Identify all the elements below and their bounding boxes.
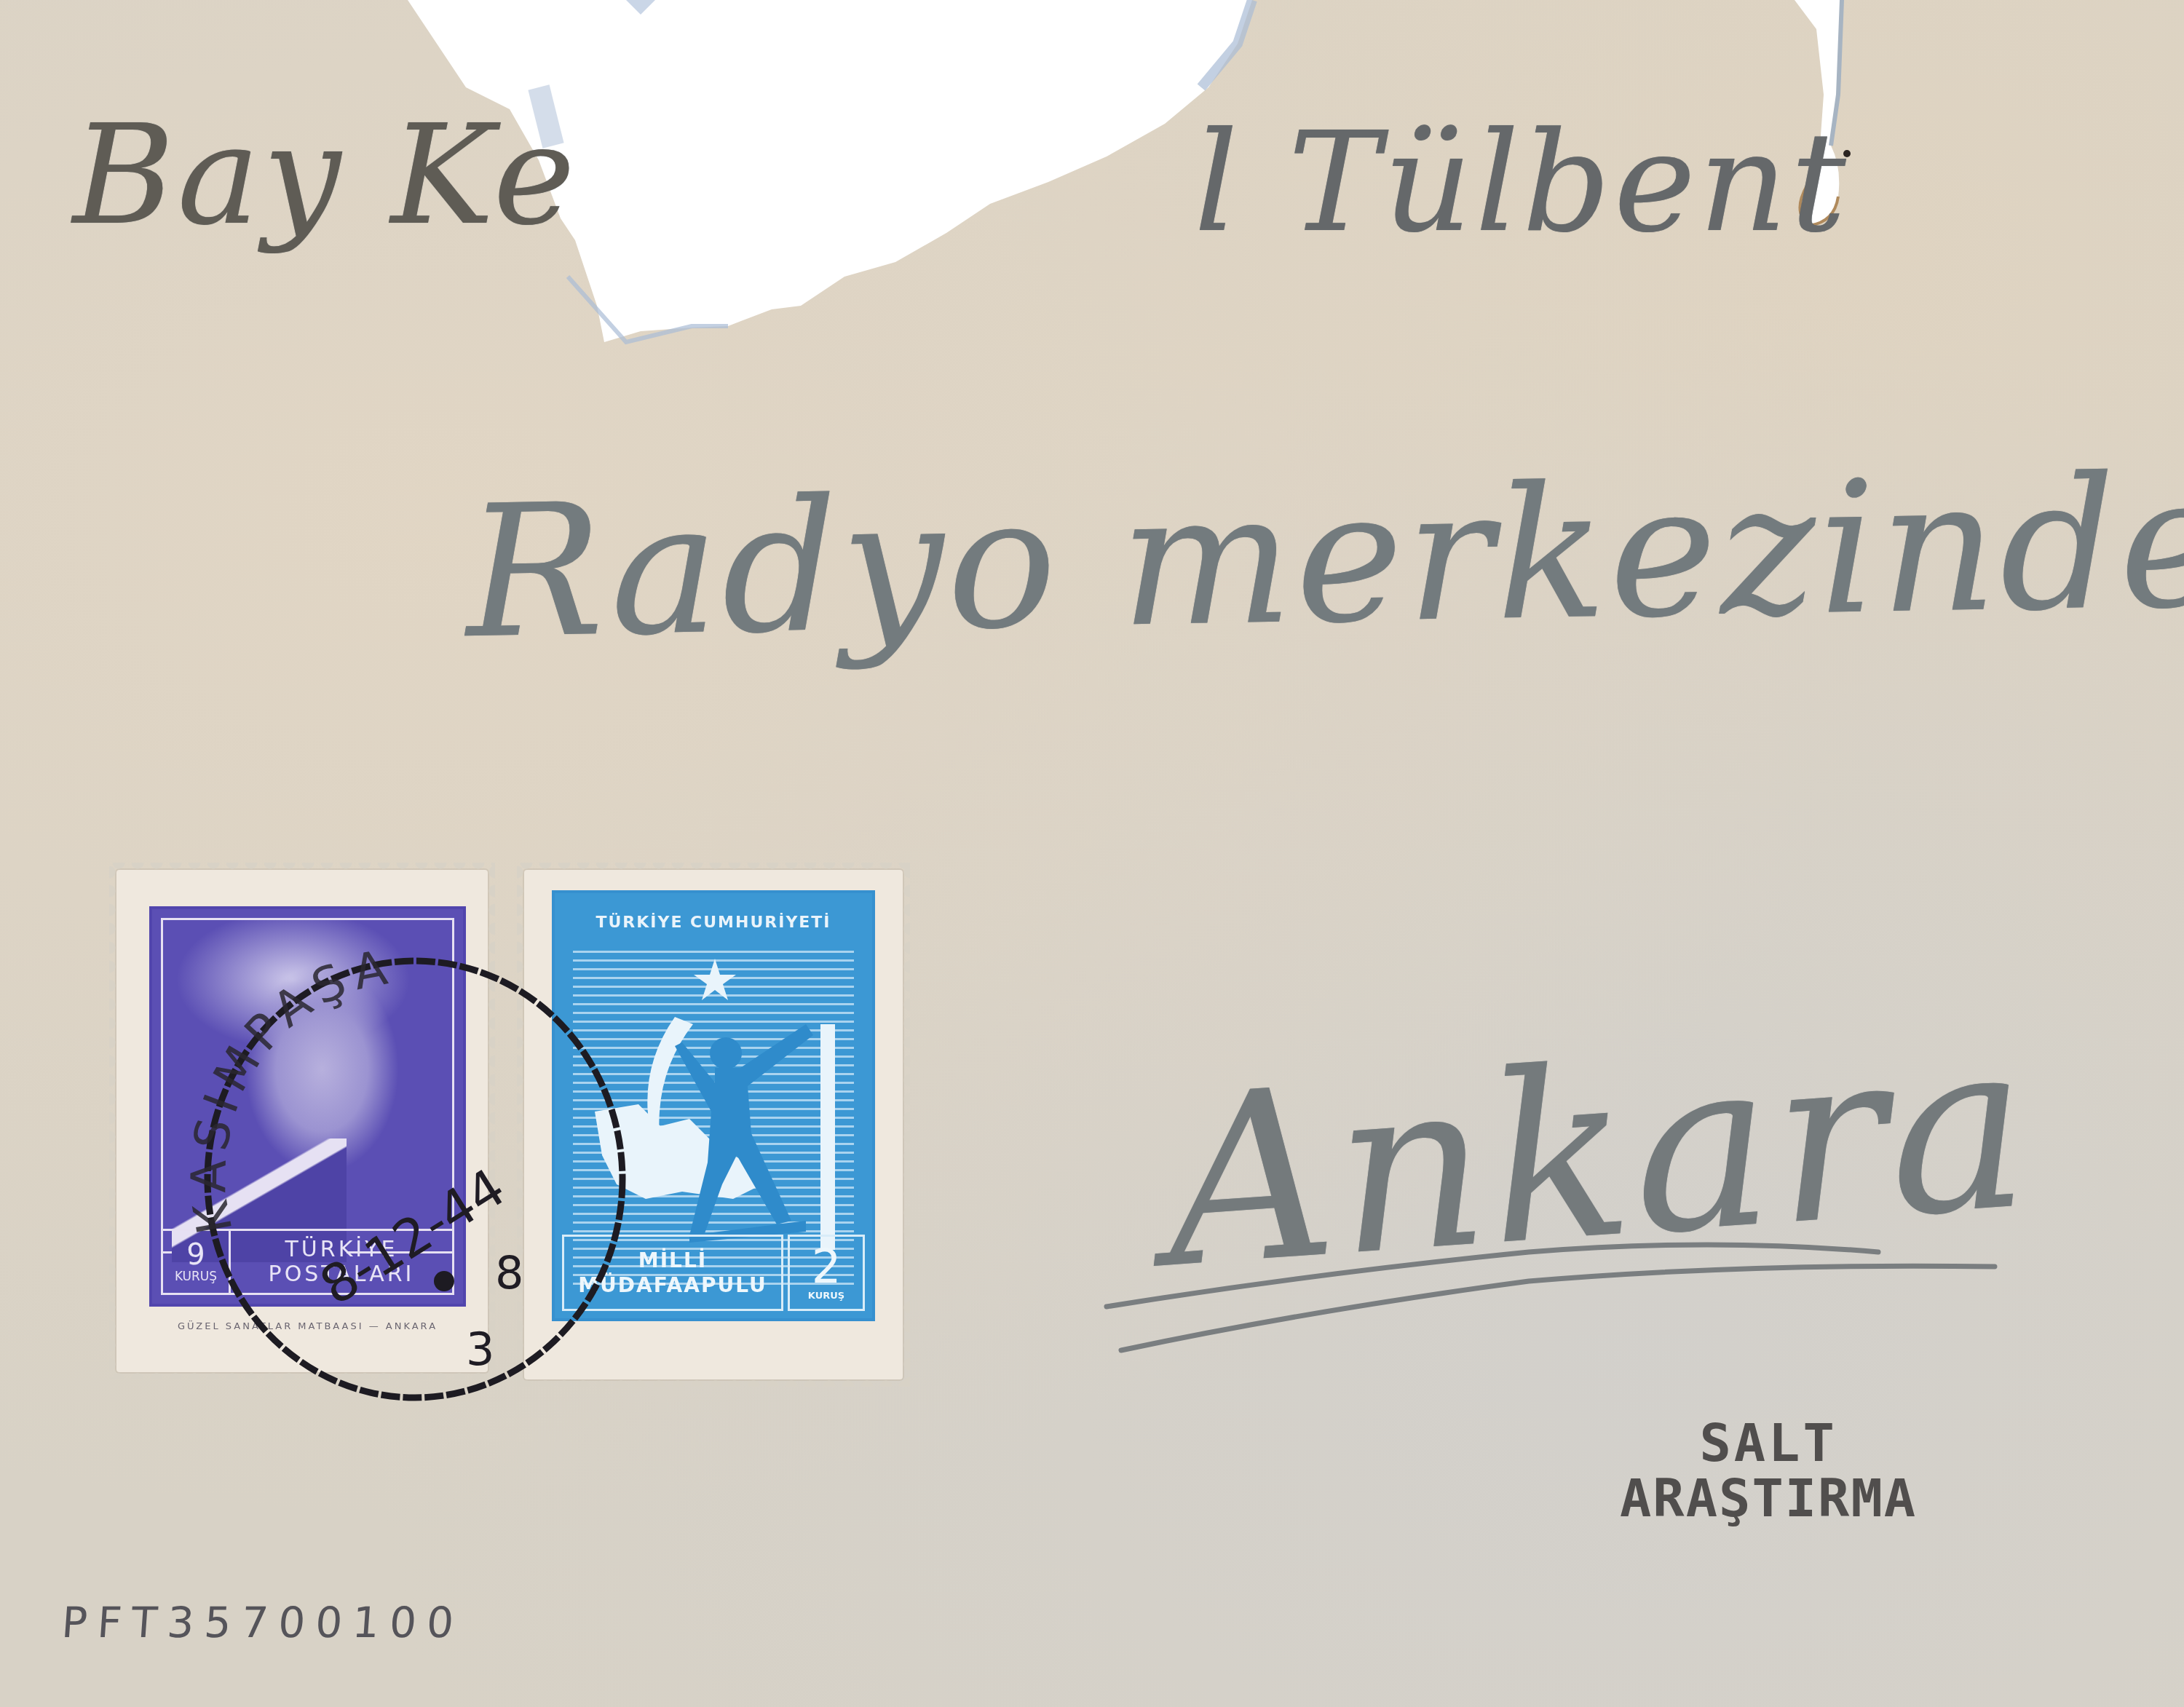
postmark-place: KASIMPAŞA: [182, 939, 398, 1238]
archive-stamp-line1: SALT: [1620, 1416, 1917, 1471]
stamp-currency: KURUŞ: [808, 1291, 844, 1302]
archive-stamp-line2: ARAŞTIRMA: [1620, 1471, 1917, 1526]
stamp-value: 2 KURUŞ: [788, 1235, 865, 1311]
address-name-left: Bay Ke: [73, 95, 578, 256]
stamp-title-line1: MİLLİ: [638, 1248, 707, 1273]
address-name-right: l Tülbent: [1194, 102, 1849, 263]
stamp-value-number: 2: [812, 1244, 842, 1291]
svg-text:KASIMPAŞA: KASIMPAŞA: [182, 939, 398, 1238]
postmark-code-top: 8: [495, 1246, 523, 1299]
archive-stamp: SALT ARAŞTIRMA: [1620, 1416, 1917, 1526]
postmark-code-bottom: 3: [466, 1323, 494, 1376]
address-line-radio-center: Radyo merkezinde: [464, 436, 2184, 678]
city-underline: [1092, 1194, 2038, 1383]
reference-number: PFT35700100: [60, 1598, 466, 1647]
postmark-date: 8-12-44: [309, 1157, 515, 1317]
postmark-cancellation: KASIMPAŞA 8-12-44 8 3: [182, 939, 648, 1405]
stamp-header: TÜRKİYE CUMHURİYETİ: [573, 914, 854, 932]
